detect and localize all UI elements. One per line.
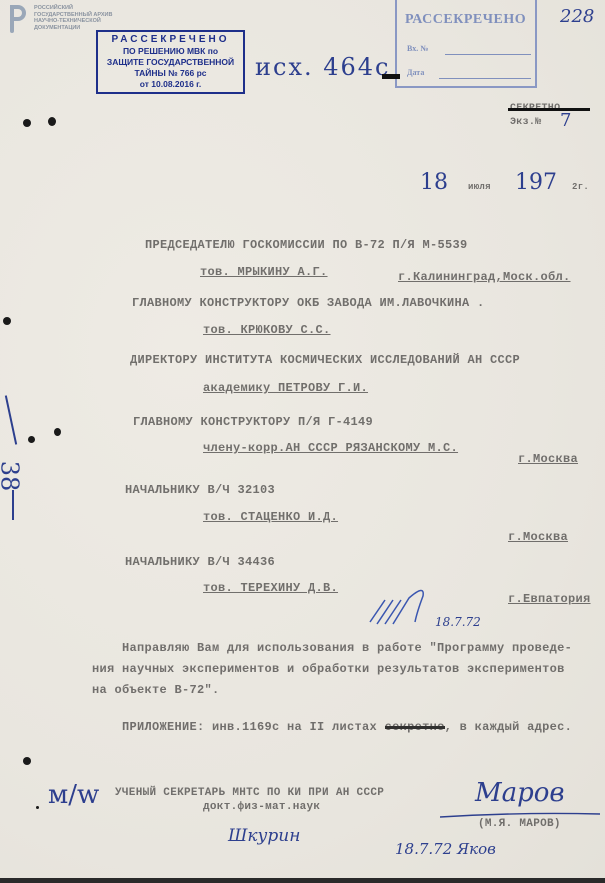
addressee-name: тов. МРЫКИНУ А.Г. xyxy=(200,265,328,279)
attachment-tail: , в каждый адрес. xyxy=(445,720,573,734)
addressee-city: г.Евпатория xyxy=(508,592,591,606)
incoming-stamp: РАССЕКРЕЧЕНО Вх. № Дата xyxy=(395,0,537,88)
sheet-number: 228 xyxy=(560,6,594,27)
addressee-title: ГЛАВНОМУ КОНСТРУКТОРУ П/Я Г-4149 xyxy=(133,415,373,429)
addressee-name: тов. ТЕРЕХИНУ Д.В. xyxy=(203,581,338,595)
margin-stroke xyxy=(5,395,17,444)
signatory-position: УЧЕНЫЙ СЕКРЕТАРЬ МНТС ПО КИ ПРИ АН СССР xyxy=(115,787,384,799)
date-year: 197 xyxy=(515,170,557,195)
addressee-city: г.Москва xyxy=(518,452,578,466)
archive-logo-icon xyxy=(8,5,28,33)
incoming-number-line xyxy=(445,54,531,55)
attachment-text: инв.1169с на II листах xyxy=(212,720,377,734)
addressee-city: г.Калининград,Моск.обл. xyxy=(398,270,571,284)
punch-hole xyxy=(3,317,11,325)
page-bottom-edge xyxy=(0,878,605,883)
margin-stroke xyxy=(12,490,14,520)
addressee-name: члену-корр.АН СССР РЯЗАНСКОМУ М.С. xyxy=(203,441,458,455)
stamp-line: ТАЙНЫ № 766 рс xyxy=(98,68,243,79)
signature-date: 18.7.72 xyxy=(435,615,481,629)
signatory-name: (М.Я. МАРОВ) xyxy=(478,818,561,830)
addressee-title: НАЧАЛЬНИКУ В/Ч 32103 xyxy=(125,483,275,497)
body-line: ния научных экспериментов и обработки ре… xyxy=(92,662,565,676)
attachment-struck: секретно xyxy=(385,720,445,734)
punch-hole xyxy=(23,119,31,127)
addressee-title: НАЧАЛЬНИКУ В/Ч 34436 xyxy=(125,555,275,569)
addressee-name: тов. СТАЦЕНКО И.Д. xyxy=(203,510,338,524)
date-month: июля xyxy=(468,182,491,192)
addressee-name: тов. КРЮКОВУ С.С. xyxy=(203,323,331,337)
date-year-suffix: 2г. xyxy=(572,182,589,192)
logo-line: НАУЧНО-ТЕХНИЧЕСКОЙ xyxy=(34,18,112,25)
signatory-signature: Маров xyxy=(475,778,565,808)
outgoing-number: исх. 464с xyxy=(255,53,390,81)
punch-hole xyxy=(28,436,35,443)
margin-number: 38 xyxy=(0,461,23,492)
addressee-name: академику ПЕТРОВУ Г.И. xyxy=(203,381,368,395)
redaction-mark xyxy=(382,74,400,79)
incoming-date-label: Дата xyxy=(407,68,424,77)
punch-hole xyxy=(48,117,56,126)
stamp-line: от 10.08.2016 г. xyxy=(98,79,243,90)
addressee-title: ГЛАВНОМУ КОНСТРУКТОРУ ОКБ ЗАВОДА ИМ.ЛАВО… xyxy=(132,296,485,310)
initials-mark: м/w xyxy=(48,780,99,810)
attachment-line: ПРИЛОЖЕНИЕ: инв.1169с на II листах секре… xyxy=(122,720,572,734)
addressee-city: г.Москва xyxy=(508,530,568,544)
bottom-signature: Шкурин xyxy=(228,826,300,846)
stamp-title: РАССЕКРЕЧЕНО xyxy=(98,34,243,46)
copy-number: 7 xyxy=(560,110,571,131)
body-line: Направляю Вам для использования в работе… xyxy=(122,641,572,655)
document-page: РОССИЙСКИЙ ГОСУДАРСТВЕННЫЙ АРХИВ НАУЧНО-… xyxy=(0,0,605,878)
incoming-date-line xyxy=(439,78,531,79)
declassified-stamp: РАССЕКРЕЧЕНО ПО РЕШЕНИЮ МВК по ЗАЩИТЕ ГО… xyxy=(96,30,245,94)
punch-hole xyxy=(36,806,39,809)
date-day: 18 xyxy=(420,170,448,195)
stamp-line: ПО РЕШЕНИЮ МВК по xyxy=(98,46,243,57)
signatory-degree: докт.физ-мат.наук xyxy=(203,801,320,813)
addressee-title: ПРЕДСЕДАТЕЛЮ ГОСКОМИССИИ ПО В-72 П/Я М-5… xyxy=(145,238,468,252)
copy-label: Экз.№ xyxy=(510,117,542,128)
bottom-note: 18.7.72 Яков xyxy=(395,840,496,858)
attachment-label: ПРИЛОЖЕНИЕ: xyxy=(122,720,205,734)
body-line: на объекте В-72". xyxy=(92,683,220,697)
archive-logo: РОССИЙСКИЙ ГОСУДАРСТВЕННЫЙ АРХИВ НАУЧНО-… xyxy=(8,5,112,33)
addressee-title: ДИРЕКТОРУ ИНСТИТУТА КОСМИЧЕСКИХ ИССЛЕДОВ… xyxy=(130,353,520,367)
stamp-line: ЗАЩИТЕ ГОСУДАРСТВЕННОЙ xyxy=(98,57,243,68)
punch-hole xyxy=(23,757,31,765)
punch-hole xyxy=(54,428,61,436)
classification-strike xyxy=(508,108,590,111)
incoming-stamp-title: РАССЕКРЕЧЕНО xyxy=(405,12,526,28)
incoming-number-label: Вх. № xyxy=(407,44,428,53)
